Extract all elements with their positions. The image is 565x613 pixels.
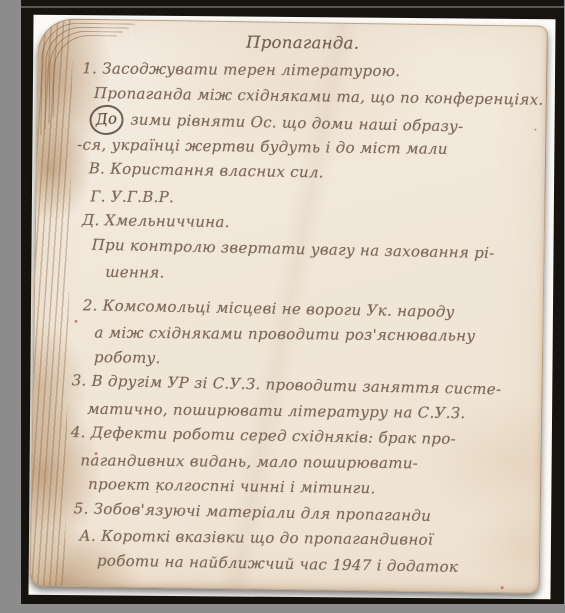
handwriting-line-text: роботу. — [94, 348, 161, 367]
photo-frame: Пропаганда. 1. Засоджувати терен літерат… — [21, 0, 564, 604]
screenshot-stage: Пропаганда. 1. Засоджувати терен літерат… — [0, 0, 565, 613]
handwriting-line-text: пагандивних видань, мало поширювати- — [80, 451, 418, 472]
handwriting-line-text: 3. В другім УР зі С.У.З. проводити занят… — [71, 371, 501, 398]
handwriting-line-text: 5. Зобов'язуючі матеріали для пропаганди — [74, 499, 432, 525]
frame-highlight-line — [21, 6, 564, 8]
handwriting-line-text: шення. — [105, 263, 165, 282]
handwriting-line-text: Г. У.Г.В.Р. — [90, 187, 174, 206]
document-title: Пропаганда. — [67, 28, 539, 61]
circled-word: До — [89, 104, 125, 136]
handwriting-line-text: -ся, українці жертви будуть і до міст ма… — [77, 135, 448, 157]
handwriting-line: шення. — [105, 260, 535, 291]
handwriting-line-text: матично, поширювати літературу на С.У.З. — [87, 399, 465, 421]
handwriting-line-text: При контролю звертати увагу на заховання… — [92, 235, 495, 262]
handwriting-line-text: Пропаганда між східняками та, що по конф… — [94, 84, 544, 109]
handwriting-text: Пропаганда. 1. Засоджувати терен літерат… — [59, 27, 539, 593]
handwriting-line-text: 1. Засоджувати терен літературою. — [82, 59, 400, 80]
handwriting-line-text: До зими рівняти Ос. що доми наші образу- — [89, 110, 463, 136]
handwriting-line-text: А. Короткі вказівки що до пропагандивної — [79, 527, 433, 549]
handwriting-line-text: Д. Хмельниччина. — [82, 211, 230, 231]
handwriting-line-text: 2. Комсомольці місцеві не вороги Ук. нар… — [83, 296, 455, 321]
handwriting-line-text: а між східняками проводити роз'яснювальн… — [94, 323, 475, 344]
handwriting-line-text: 4. Дефекти роботи серед східняків: брак … — [71, 423, 456, 448]
handwriting-lines: 1. Засоджувати терен літературою. Пропаг… — [59, 55, 539, 581]
handwriting-line-text: В. Користання власних сил. — [89, 159, 324, 181]
handwriting-line-text: роботи на найближчий час 1947 і додаток — [97, 551, 458, 575]
handwriting-line-text: проект колгоспні чинні і мітинги. — [88, 475, 376, 497]
notebook-page: Пропаганда. 1. Засоджувати терен літерат… — [30, 18, 548, 594]
